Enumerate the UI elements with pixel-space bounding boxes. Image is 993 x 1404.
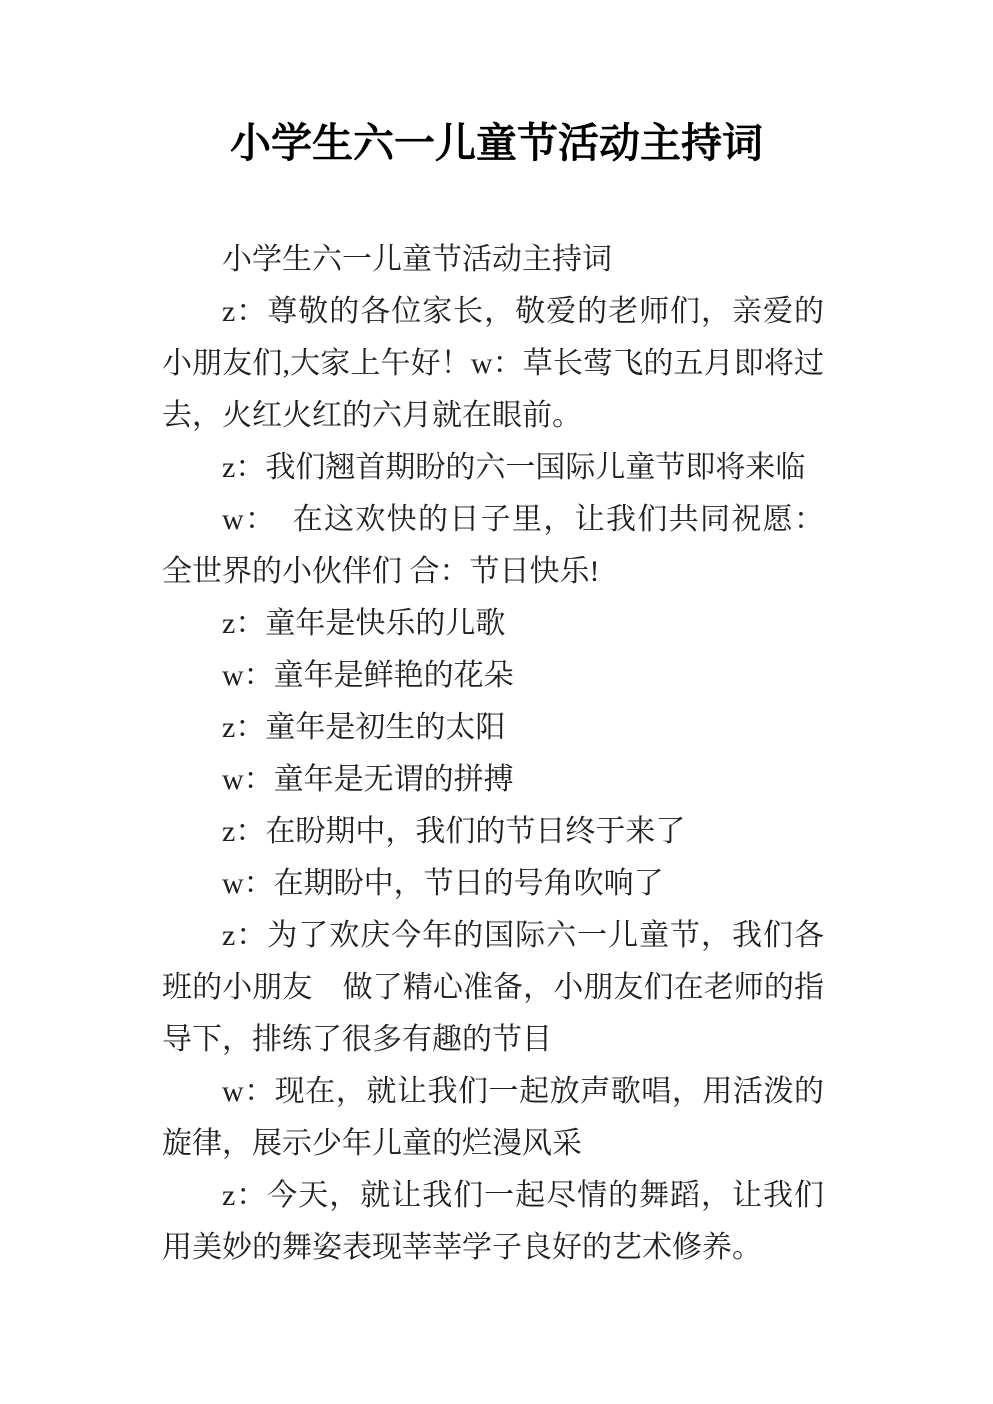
paragraph-greeting: z：尊敬的各位家长，敬爱的老师们，亲爱的小朋友们,大家上午好！w：草长莺飞的五月… — [162, 286, 824, 442]
paragraph-childhood-sun: z：童年是初生的太阳 — [162, 702, 824, 754]
document-body: 小学生六一儿童节活动主持词 z：尊敬的各位家长，敬爱的老师们，亲爱的小朋友们,大… — [162, 234, 824, 1274]
paragraph-festival-arrived: z：在盼期中，我们的节日终于来了 — [162, 806, 824, 858]
document-page: 小学生六一儿童节活动主持词 小学生六一儿童节活动主持词 z：尊敬的各位家长，敬爱… — [0, 0, 993, 1404]
paragraph-festival-coming: z：我们翘首期盼的六一国际儿童节即将来临 — [162, 442, 824, 494]
paragraph-childhood-flower: w：童年是鲜艳的花朵 — [162, 650, 824, 702]
paragraph-horn-sounded: w：在期盼中，节日的号角吹响了 — [162, 858, 824, 910]
paragraph-singing: w：现在，就让我们一起放声歌唱，用活泼的旋律，展示少年儿童的烂漫风采 — [162, 1066, 824, 1170]
paragraph-dancing: z：今天，就让我们一起尽情的舞蹈，让我们用美妙的舞姿表现莘莘学子良好的艺术修养。 — [162, 1170, 824, 1274]
paragraph-childhood-struggle: w：童年是无谓的拼搏 — [162, 754, 824, 806]
document-title: 小学生六一儿童节活动主持词 — [0, 0, 993, 172]
paragraph-wish: w： 在这欢快的日子里，让我们共同祝愿：全世界的小伙伴们 合：节日快乐! — [162, 494, 824, 598]
paragraph-preparation: z：为了欢庆今年的国际六一儿童节，我们各班的小朋友 做了精心准备，小朋友们在老师… — [162, 910, 824, 1066]
paragraph-childhood-song: z：童年是快乐的儿歌 — [162, 598, 824, 650]
paragraph-heading-repeat: 小学生六一儿童节活动主持词 — [162, 234, 824, 286]
